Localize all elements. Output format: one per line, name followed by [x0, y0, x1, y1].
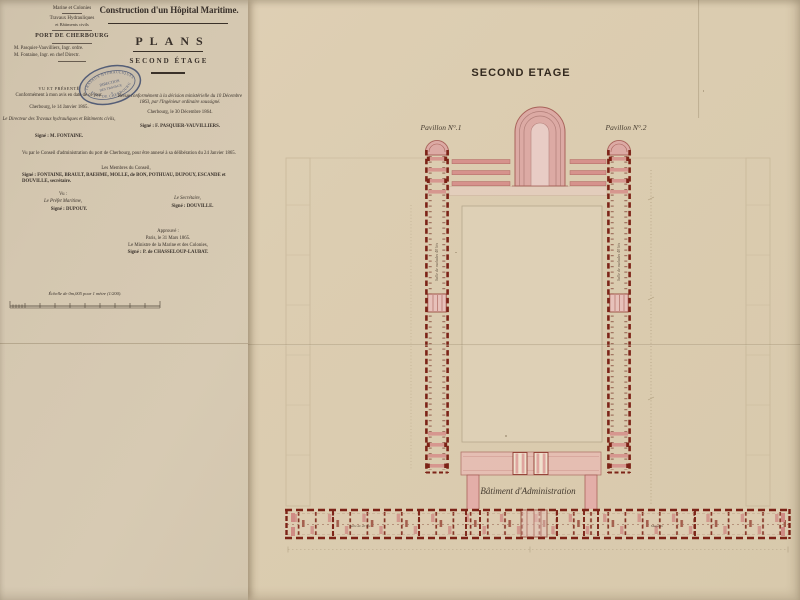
presented-text: Conformément à mon avis en date de ce jo…	[4, 93, 114, 99]
dimension-line-bottom	[288, 547, 788, 553]
south-gallery	[461, 452, 601, 475]
pavilion-1-label: Pavillon N°.1	[420, 123, 462, 132]
approval-line-3: Le Ministre de la Marine et des Colonies…	[78, 243, 258, 249]
divider	[52, 30, 92, 31]
revision-text: Revue conformément à la décision ministé…	[118, 94, 242, 105]
pavilion-2-label: Pavillon N°.2	[605, 123, 647, 132]
chapel-apse	[512, 107, 568, 186]
presented-date: Cherbourg, le 14 Janvier 1865.	[4, 105, 114, 111]
title-rule	[108, 23, 228, 24]
faint-future-pavilion-left	[286, 158, 310, 506]
paper-speck	[505, 435, 507, 437]
document-title: Construction d'un Hôpital Maritime.	[96, 5, 242, 16]
dept-line-2: Travaux Hydrauliques	[20, 16, 124, 22]
plan-title: SECOND ETAGE	[471, 67, 570, 79]
minister-signature: Signé : P. de CHASSELOUP-LAUBAT.	[78, 250, 258, 256]
scale-label: Échelle de 0m,005 pour 1 mètre (1/200).	[10, 291, 160, 296]
divider	[52, 43, 92, 44]
photographed-archival-plan: Salle de malades 40 lits	[0, 0, 800, 600]
central-courtyard	[462, 206, 602, 442]
prefet-role: Le Préfet Maritime,	[24, 199, 102, 205]
fontaine-signature: Signé : M. FONTAINE.	[4, 134, 114, 140]
administration-building: Salle de 40 lits Magasin	[285, 509, 791, 539]
floor-rule	[151, 72, 185, 74]
approval-line-1: Approuvé :	[78, 229, 258, 235]
pasquier-signature: Signé : F. PASQUIER-VAUVILLIERS.	[118, 124, 242, 130]
revision-date: Cherbourg, le 30 Décembre 1864.	[118, 110, 242, 116]
council-paragraph: Vu par le Conseil d'administration du po…	[14, 151, 238, 157]
admin-room-label-left: Salle de 40 lits	[350, 524, 371, 528]
pavilion-2-wing: Salle de malades 40 lits	[607, 140, 630, 473]
director-role: Le Directeur des Travaux hydrauliques et…	[0, 117, 118, 123]
council-members-heading: Les Membres du Conseil,	[14, 166, 238, 172]
secretary-role: Le Secrétaire,	[135, 196, 240, 202]
graphic-scale-bar	[8, 299, 164, 313]
title-document-sheet: Marine et Colonies Travaux Hydrauliques …	[0, 0, 248, 600]
vu-heading: Vu :	[24, 192, 102, 198]
approval-line-2: Paris, le 31 Mars 1865.	[78, 236, 258, 242]
faint-future-pavilion-right	[746, 158, 770, 506]
council-members: Signé : FONTAINE, BRAULT, BAEHME, MOLLE,…	[22, 173, 234, 184]
dimension-chain-right	[648, 170, 654, 505]
ward-label-pavilion-2: Salle de malades 40 lits	[616, 243, 621, 281]
ward-label-pavilion-1: Salle de malades 40 lits	[434, 243, 439, 281]
divider	[62, 13, 82, 14]
paper-speck	[703, 90, 704, 92]
plans-heading: PLANS	[96, 34, 242, 48]
dupouy-signature: Signé : DUPOUY.	[30, 207, 108, 213]
douville-signature: Signé : DOUVILLE.	[140, 204, 245, 210]
pavilion-1-wing: Salle de malades 40 lits	[425, 140, 448, 473]
admin-room-label-right: Magasin	[650, 524, 664, 528]
plans-rule	[133, 51, 203, 52]
document-fold-crease	[0, 343, 248, 345]
paper-speck	[455, 252, 457, 253]
administration-label: Bâtiment d'Administration	[480, 486, 576, 496]
presented-heading: VU ET PRÉSENTÉ	[4, 86, 114, 91]
